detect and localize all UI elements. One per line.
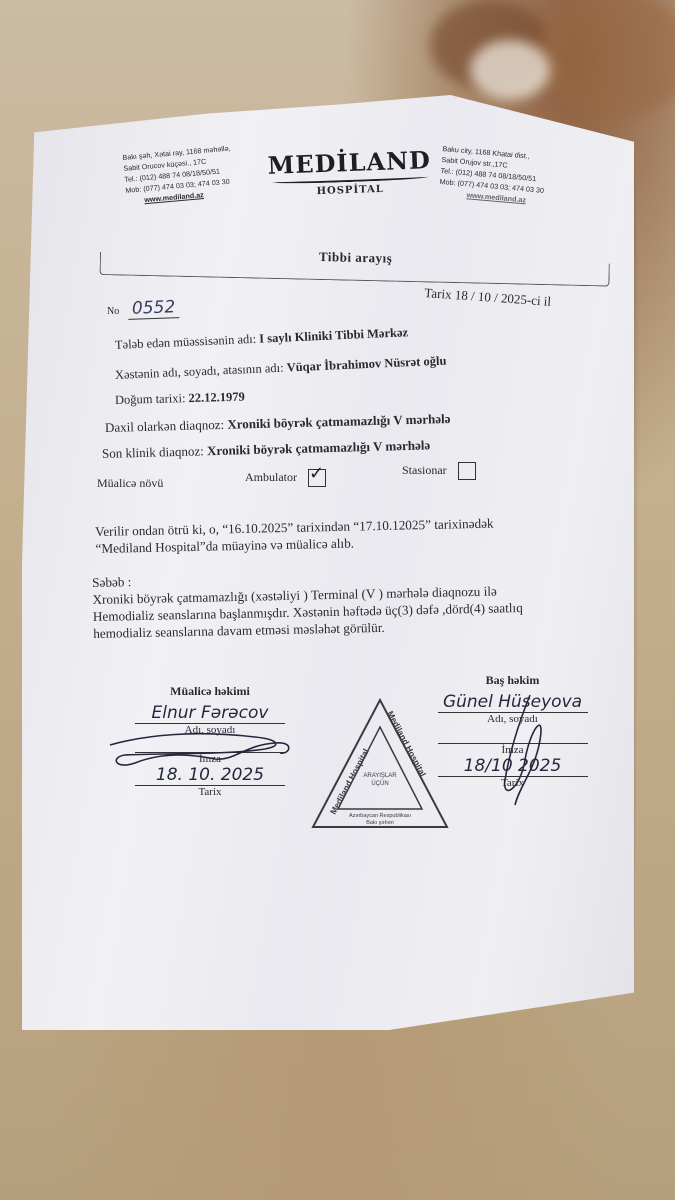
field-value: 22.12.1979 xyxy=(188,390,245,405)
field-label: Doğum tarixi: xyxy=(115,391,186,407)
signature-scribble xyxy=(105,725,305,775)
logo-name: MEDİLAND xyxy=(267,145,431,180)
reason-paragraph: Səbəb : Xroniki böyrək çatmamazlığı (xəs… xyxy=(92,565,523,642)
hospital-logo: MEDİLAND HOSPİTAL xyxy=(267,145,432,199)
ambulator-checkbox[interactable]: ✓ xyxy=(308,469,326,487)
svg-text:Bakı şəhəri: Bakı şəhəri xyxy=(366,820,394,826)
option-label: Stasionar xyxy=(402,463,447,477)
number-label: No xyxy=(107,306,119,317)
address-right: Baku city, 1168 Khatai dist., Sabit Oruj… xyxy=(438,143,547,207)
background-fur xyxy=(540,0,675,120)
field-label: Daxil olarkən diaqnoz: xyxy=(105,417,224,435)
date-caption: Tarix xyxy=(110,786,310,798)
signature-scribble xyxy=(490,690,560,810)
stasionar-checkbox[interactable] xyxy=(458,462,476,480)
hospital-stamp: Mediland Hospital Mediland Hospital ARAY… xyxy=(310,697,450,832)
signature-heading: Müalicə həkimi xyxy=(110,684,310,699)
document-paper xyxy=(22,95,634,1030)
signature-heading: Baş həkim xyxy=(430,673,595,688)
checkmark-icon: ✓ xyxy=(309,464,324,484)
svg-text:ARAYIŞLAR: ARAYIŞLAR xyxy=(363,773,397,779)
field-label: Son klinik diaqnoz: xyxy=(102,443,204,461)
handwritten-name: Elnur Fərəcov xyxy=(110,703,310,723)
svg-text:Azərbaycan Respublikası: Azərbaycan Respublikası xyxy=(349,813,411,819)
svg-text:ÜÇÜN: ÜÇÜN xyxy=(371,780,388,787)
option-label: Ambulator xyxy=(245,470,297,484)
option-ambulator[interactable]: Ambulator ✓ xyxy=(245,469,326,487)
option-stasionar[interactable]: Stasionar xyxy=(402,462,476,480)
document-title: Tibbi arayış xyxy=(319,249,393,267)
document-number: 0552 xyxy=(128,297,180,320)
treatment-type-label: Müalicə növü xyxy=(97,476,163,491)
svg-text:Mediland Hospital: Mediland Hospital xyxy=(385,709,428,778)
background-fur xyxy=(470,40,550,100)
address-left: Bakı şəh, Xətai ray, 1168 məhəllə, Sabit… xyxy=(122,143,235,207)
